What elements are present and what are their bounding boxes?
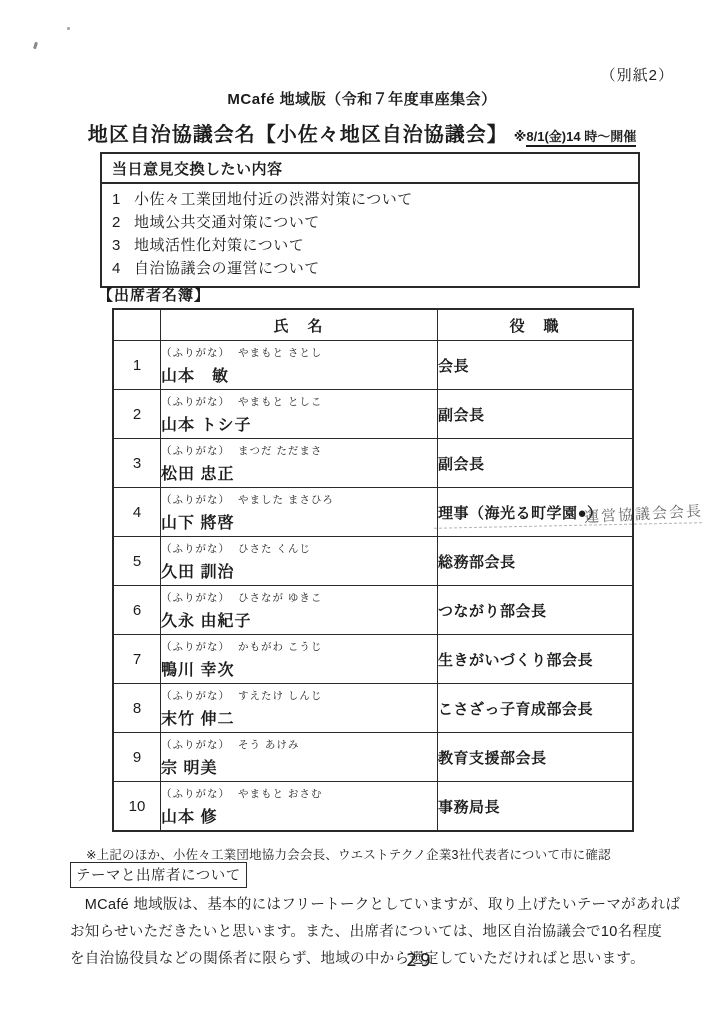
table-row: 1 （ふりがな）やまもと さとし 山本 敏 会長 (113, 341, 633, 390)
closing-paragraph-line: お知らせいただきたいと思います。また、出席者については、地区自治協議会で10名程… (70, 919, 670, 946)
attendee-role-cell: 副会長 (438, 439, 634, 488)
attendee-name-cell: （ふりがな）やました まさひろ 山下 將啓 (161, 488, 438, 537)
scan-speck (33, 42, 38, 50)
furigana-reading: そう あけみ (238, 739, 299, 751)
row-number-cell: 1 (113, 341, 161, 390)
attendee-role: こさざっ子育成部会長 (438, 701, 593, 718)
row-number-cell: 9 (113, 733, 161, 782)
agenda-item-number: 3 (112, 234, 122, 257)
attendee-table: 氏 名 役 職 1 （ふりがな）やまもと さとし 山本 敏 会長 2 （ふりがな… (112, 308, 634, 832)
note-asterisk: ※ (514, 129, 527, 144)
closing-paragraph-line: MCafé 地域版は、基本的にはフリートークとしていますが、取り上げたいテーマが… (70, 892, 670, 919)
furigana-label: （ふりがな） (161, 739, 230, 751)
row-number-cell: 3 (113, 439, 161, 488)
attendee-name: 山本 敏 (161, 363, 437, 386)
roster-section-title: 【出席者名簿】 (98, 284, 210, 305)
row-number-cell: 2 (113, 390, 161, 439)
table-row: 3 （ふりがな）まつだ ただまさ 松田 忠正 副会長 (113, 439, 633, 488)
row-number-cell: 6 (113, 586, 161, 635)
table-row: 10 （ふりがな）やまもと おさむ 山本 修 事務局長 (113, 782, 633, 832)
attendee-name: 久永 由紀子 (161, 608, 437, 631)
row-number-cell: 4 (113, 488, 161, 537)
agenda-item: 3 地域活性化対策について (112, 234, 628, 257)
agenda-item: 2 地域公共交通対策について (112, 211, 628, 234)
table-row: 6 （ふりがな）ひさなが ゆきこ 久永 由紀子 つながり部会長 (113, 586, 633, 635)
table-row: 8 （ふりがな）すえたけ しんじ 末竹 伸二 こさざっ子育成部会長 (113, 684, 633, 733)
attendee-name-cell: （ふりがな）ひさた くんじ 久田 訓治 (161, 537, 438, 586)
table-row: 5 （ふりがな）ひさた くんじ 久田 訓治 総務部会長 (113, 537, 633, 586)
meeting-datetime-note: ※8/1(金)14 時～開催 (514, 129, 636, 144)
attendee-role: 副会長 (438, 407, 485, 424)
furigana-reading: やまもと としこ (238, 396, 322, 408)
furigana-line: （ふりがな）かもがわ こうじ (161, 639, 437, 654)
scanned-document-page: （別紙2） MCafé 地域版（令和７年度車座集会） 地区自治協議会名【小佐々地… (0, 0, 724, 1024)
furigana-reading: やまもと さとし (238, 347, 322, 359)
furigana-label: （ふりがな） (161, 396, 230, 408)
furigana-line: （ふりがな）まつだ ただまさ (161, 443, 437, 458)
attendee-role: 副会長 (438, 456, 485, 473)
table-row: 2 （ふりがな）やまもと としこ 山本 トシ子 副会長 (113, 390, 633, 439)
meeting-datetime: 8/1(金)14 時～開催 (526, 129, 636, 147)
agenda-item-text: 地域活性化対策について (134, 234, 304, 257)
attendee-name-cell: （ふりがな）やまもと さとし 山本 敏 (161, 341, 438, 390)
attendee-name: 山本 トシ子 (161, 412, 437, 435)
col-header-number (113, 309, 161, 341)
attendee-role: 理事（海光る町学園●） (438, 505, 603, 522)
document-title: 地区自治協議会名【小佐々地区自治協議会】 (88, 124, 508, 146)
furigana-line: （ふりがな）やまもと さとし (161, 345, 437, 360)
furigana-line: （ふりがな）すえたけ しんじ (161, 688, 437, 703)
attendee-role: 事務局長 (438, 799, 500, 816)
attendee-name: 宗 明美 (161, 755, 437, 778)
furigana-reading: ひさなが ゆきこ (238, 592, 322, 604)
agenda-item-number: 1 (112, 188, 122, 211)
attachment-label: （別紙2） (601, 64, 674, 85)
attendee-name-cell: （ふりがな）かもがわ こうじ 鴨川 幸次 (161, 635, 438, 684)
attendee-role-cell: 教育支援部会長 (438, 733, 634, 782)
agenda-item-text: 小佐々工業団地付近の渋滞対策について (134, 188, 413, 211)
furigana-label: （ふりがな） (161, 543, 230, 555)
attendee-name-cell: （ふりがな）やまもと としこ 山本 トシ子 (161, 390, 438, 439)
attendee-role-cell: 理事（海光る町学園●） 運営協議会会長 (438, 488, 634, 537)
agenda-box: 当日意見交換したい内容 1 小佐々工業団地付近の渋滞対策について 2 地域公共交… (100, 152, 640, 288)
attendee-role-cell: こさざっ子育成部会長 (438, 684, 634, 733)
attendee-name: 久田 訓治 (161, 559, 437, 582)
table-row: 9 （ふりがな）そう あけみ 宗 明美 教育支援部会長 (113, 733, 633, 782)
page-number: 29 (58, 950, 724, 971)
furigana-reading: ひさた くんじ (238, 543, 311, 555)
attendee-role: 生きがいづくり部会長 (438, 652, 593, 669)
agenda-item: 1 小佐々工業団地付近の渋滞対策について (112, 188, 628, 211)
scan-squiggle-artifact (434, 522, 702, 529)
attendee-role-cell: 事務局長 (438, 782, 634, 832)
furigana-line: （ふりがな）やました まさひろ (161, 492, 437, 507)
attendee-role-cell: つながり部会長 (438, 586, 634, 635)
attendee-role: 総務部会長 (438, 554, 516, 571)
document-title-line: 地区自治協議会名【小佐々地区自治協議会】※8/1(金)14 時～開催 (0, 118, 724, 147)
attendee-name-cell: （ふりがな）すえたけ しんじ 末竹 伸二 (161, 684, 438, 733)
furigana-reading: やました まさひろ (238, 494, 334, 506)
table-row: 7 （ふりがな）かもがわ こうじ 鴨川 幸次 生きがいづくり部会長 (113, 635, 633, 684)
agenda-box-header: 当日意見交換したい内容 (102, 154, 638, 184)
scan-speck (67, 27, 70, 30)
furigana-reading: かもがわ こうじ (238, 641, 322, 653)
attendee-name-cell: （ふりがな）まつだ ただまさ 松田 忠正 (161, 439, 438, 488)
agenda-item-number: 2 (112, 211, 122, 234)
attendee-name-cell: （ふりがな）やまもと おさむ 山本 修 (161, 782, 438, 832)
agenda-item-number: 4 (112, 257, 122, 280)
table-row: 4 （ふりがな）やました まさひろ 山下 將啓 理事（海光る町学園●） 運営協議… (113, 488, 633, 537)
furigana-label: （ふりがな） (161, 690, 230, 702)
document-subtitle: MCafé 地域版（令和７年度車座集会） (0, 88, 724, 109)
agenda-item: 4 自治協議会の運営について (112, 257, 628, 280)
attendee-role-cell: 会長 (438, 341, 634, 390)
furigana-reading: やまもと おさむ (238, 788, 322, 800)
row-number-cell: 10 (113, 782, 161, 832)
furigana-label: （ふりがな） (161, 347, 230, 359)
col-header-name: 氏 名 (161, 309, 438, 341)
furigana-line: （ふりがな）そう あけみ (161, 737, 437, 752)
attendee-role-cell: 副会長 (438, 390, 634, 439)
furigana-line: （ふりがな）ひさた くんじ (161, 541, 437, 556)
col-header-role: 役 職 (438, 309, 634, 341)
agenda-item-text: 自治協議会の運営について (134, 257, 320, 280)
row-number-cell: 5 (113, 537, 161, 586)
attendee-role-cell: 総務部会長 (438, 537, 634, 586)
attendee-name-cell: （ふりがな）ひさなが ゆきこ 久永 由紀子 (161, 586, 438, 635)
attendee-name: 末竹 伸二 (161, 706, 437, 729)
row-number-cell: 8 (113, 684, 161, 733)
attendee-role: 教育支援部会長 (438, 750, 547, 767)
attendee-name: 松田 忠正 (161, 461, 437, 484)
table-header-row: 氏 名 役 職 (113, 309, 633, 341)
attendee-role: 会長 (438, 358, 469, 375)
furigana-label: （ふりがな） (161, 445, 230, 457)
attendee-role-cell: 生きがいづくり部会長 (438, 635, 634, 684)
furigana-line: （ふりがな）やまもと おさむ (161, 786, 437, 801)
furigana-label: （ふりがな） (161, 592, 230, 604)
furigana-line: （ふりがな）ひさなが ゆきこ (161, 590, 437, 605)
attendee-name-cell: （ふりがな）そう あけみ 宗 明美 (161, 733, 438, 782)
attendee-name: 山下 將啓 (161, 510, 437, 533)
furigana-reading: まつだ ただまさ (238, 445, 322, 457)
row-number-cell: 7 (113, 635, 161, 684)
furigana-label: （ふりがな） (161, 494, 230, 506)
agenda-item-text: 地域公共交通対策について (134, 211, 320, 234)
furigana-reading: すえたけ しんじ (238, 690, 322, 702)
agenda-item-list: 1 小佐々工業団地付近の渋滞対策について 2 地域公共交通対策について 3 地域… (102, 184, 638, 286)
furigana-label: （ふりがな） (161, 641, 230, 653)
furigana-label: （ふりがな） (161, 788, 230, 800)
attendee-role: つながり部会長 (438, 603, 547, 620)
attendee-name: 山本 修 (161, 804, 437, 827)
theme-attendees-heading: テーマと出席者について (70, 862, 247, 888)
furigana-line: （ふりがな）やまもと としこ (161, 394, 437, 409)
confirmation-footnote: ※上記のほか、小佐々工業団地協力会会長、ウエストテクノ企業3社代表者について市に… (86, 845, 611, 863)
attendee-name: 鴨川 幸次 (161, 657, 437, 680)
